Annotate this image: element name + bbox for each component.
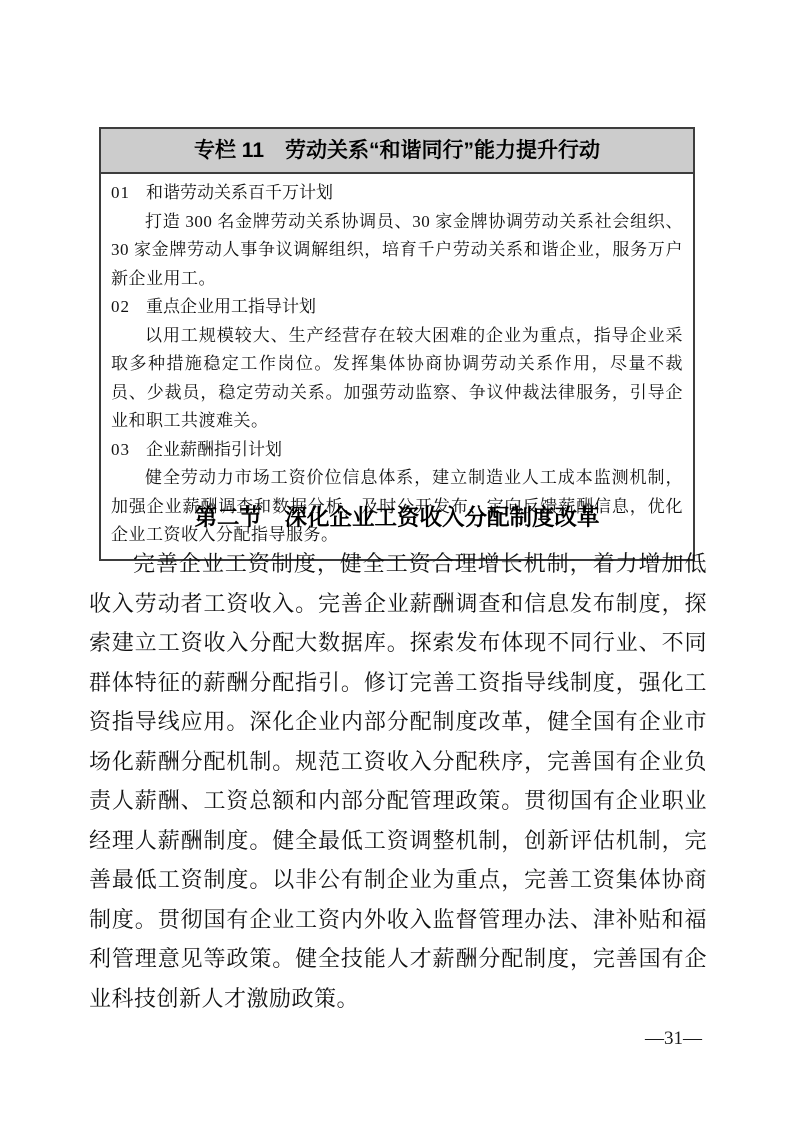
column-panel: 专栏 11 劳动关系“和谐同行”能力提升行动 01和谐劳动关系百千万计划 打造 … [99, 127, 695, 561]
item-title: 企业薪酬指引计划 [146, 440, 282, 459]
list-item: 02重点企业用工指导计划 以用工规模较大、生产经营存在较大困难的企业为重点，指导… [111, 293, 683, 436]
document-page: 专栏 11 劳动关系“和谐同行”能力提升行动 01和谐劳动关系百千万计划 打造 … [0, 0, 793, 1122]
page-number: —31— [645, 1027, 702, 1051]
item-title-line: 02重点企业用工指导计划 [111, 293, 683, 322]
item-body-text: 以用工规模较大、生产经营存在较大困难的企业为重点，指导企业采取多种措施稳定工作岗… [111, 322, 683, 436]
item-number: 01 [111, 179, 130, 208]
item-number: 02 [111, 293, 130, 322]
item-title: 和谐劳动关系百千万计划 [146, 183, 333, 202]
item-body-text: 打造 300 名金牌劳动关系协调员、30 家金牌协调劳动关系社会组织、30 家金… [111, 208, 683, 294]
item-title: 重点企业用工指导计划 [146, 297, 316, 316]
panel-title: 专栏 11 劳动关系“和谐同行”能力提升行动 [101, 129, 693, 174]
item-number: 03 [111, 436, 130, 465]
item-title-line: 01和谐劳动关系百千万计划 [111, 179, 683, 208]
body-paragraph: 完善企业工资制度，健全工资合理增长机制，着力增加低收入劳动者工资收入。完善企业薪… [89, 544, 707, 1018]
item-title-line: 03企业薪酬指引计划 [111, 436, 683, 465]
list-item: 01和谐劳动关系百千万计划 打造 300 名金牌劳动关系协调员、30 家金牌协调… [111, 179, 683, 293]
section-heading: 第二节 深化企业工资收入分配制度改革 [88, 501, 706, 535]
